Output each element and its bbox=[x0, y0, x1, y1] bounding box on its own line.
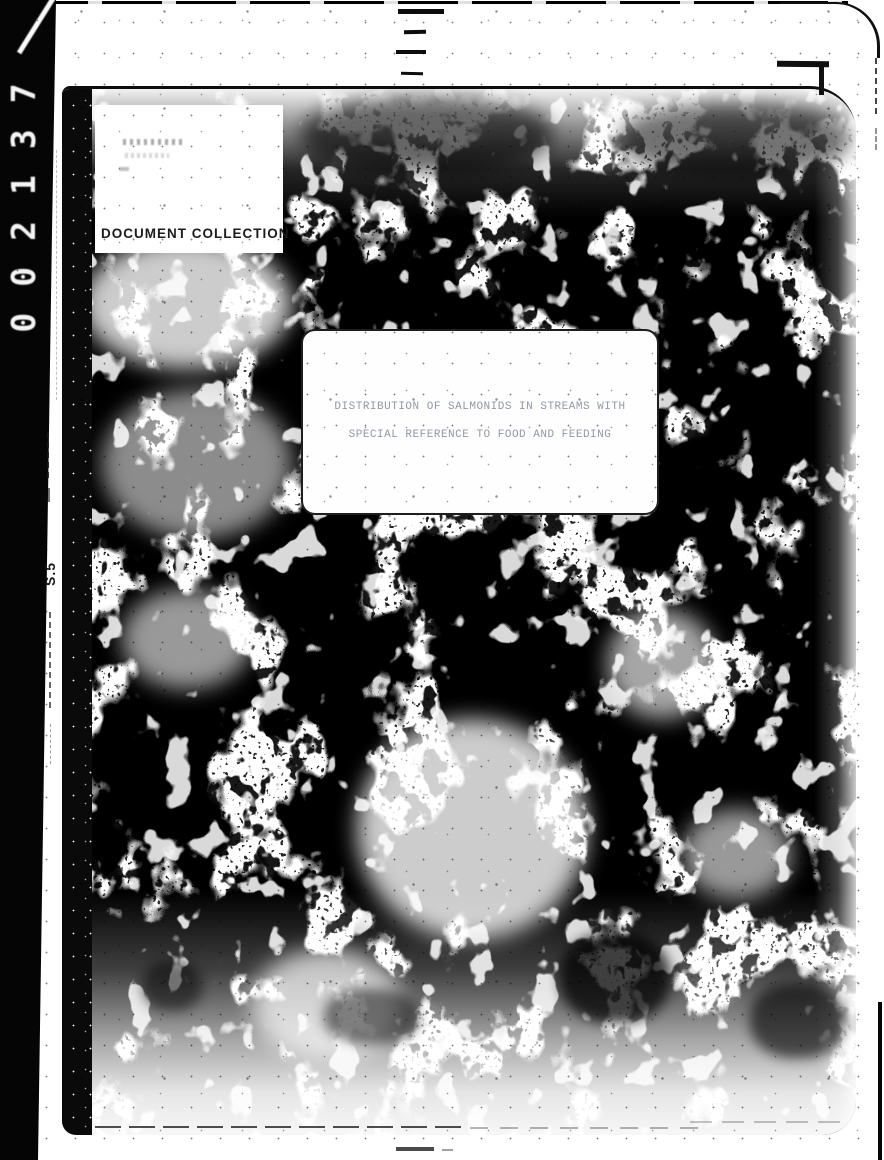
library-label-box: DOCUMENT COLLECTION bbox=[95, 105, 283, 253]
faded-text-smudge bbox=[125, 153, 169, 158]
toner-clump bbox=[750, 983, 845, 1058]
scanned-document-page: 002137 S.5 bbox=[0, 0, 884, 1160]
bottom-dash-mark bbox=[396, 1147, 434, 1151]
title-line-1: DISTRIBUTION OF SALMONIDS IN STREAMS WIT… bbox=[303, 393, 657, 421]
corner-dashed-line bbox=[875, 128, 877, 150]
white-patch bbox=[122, 589, 252, 689]
spine-tick-mark bbox=[50, 724, 51, 764]
faded-text-smudge bbox=[119, 167, 129, 171]
cover-binding-edge bbox=[62, 89, 92, 1135]
bottom-edge-line bbox=[690, 1121, 840, 1123]
title-line-2: SPECIAL REFERENCE TO FOOD AND FEEDING bbox=[303, 421, 657, 449]
document-number-digits: 002137 bbox=[0, 45, 46, 345]
toner-clump bbox=[142, 961, 202, 1011]
spine-tick-mark bbox=[48, 488, 50, 502]
white-patch bbox=[357, 719, 587, 939]
white-patch bbox=[82, 239, 292, 369]
page-corner-outline bbox=[780, 2, 880, 58]
registration-dash bbox=[404, 30, 426, 34]
bottom-edge-line bbox=[95, 1126, 465, 1128]
bottom-dash-mark bbox=[442, 1149, 453, 1151]
bottom-edge-line bbox=[470, 1127, 710, 1129]
white-patch bbox=[607, 609, 717, 719]
spine-label: S.5 bbox=[41, 551, 59, 597]
faded-text-smudge bbox=[123, 139, 185, 145]
registration-dash bbox=[396, 50, 426, 54]
spine-tick-mark bbox=[56, 150, 57, 400]
corner-tab-stem bbox=[819, 63, 824, 95]
toner-clump bbox=[560, 933, 670, 1023]
right-edge-line bbox=[878, 1002, 882, 1160]
registration-dash bbox=[398, 9, 444, 14]
spine-tick-mark bbox=[49, 612, 51, 708]
registration-dash bbox=[401, 72, 423, 75]
report-cover: DOCUMENT COLLECTION DISTRIBUTION OF SALM… bbox=[62, 86, 856, 1135]
spine-tick-mark bbox=[47, 432, 49, 478]
toner-clump bbox=[620, 103, 850, 175]
toner-clump bbox=[302, 97, 552, 172]
toner-clump bbox=[324, 989, 419, 1044]
corner-dashed-line bbox=[875, 58, 877, 114]
white-patch bbox=[102, 389, 292, 539]
page-top-edge-line bbox=[28, 1, 848, 4]
title-box: DISTRIBUTION OF SALMONIDS IN STREAMS WIT… bbox=[301, 329, 659, 515]
white-patch bbox=[682, 809, 792, 899]
document-collection-stamp: DOCUMENT COLLECTION bbox=[101, 226, 279, 241]
